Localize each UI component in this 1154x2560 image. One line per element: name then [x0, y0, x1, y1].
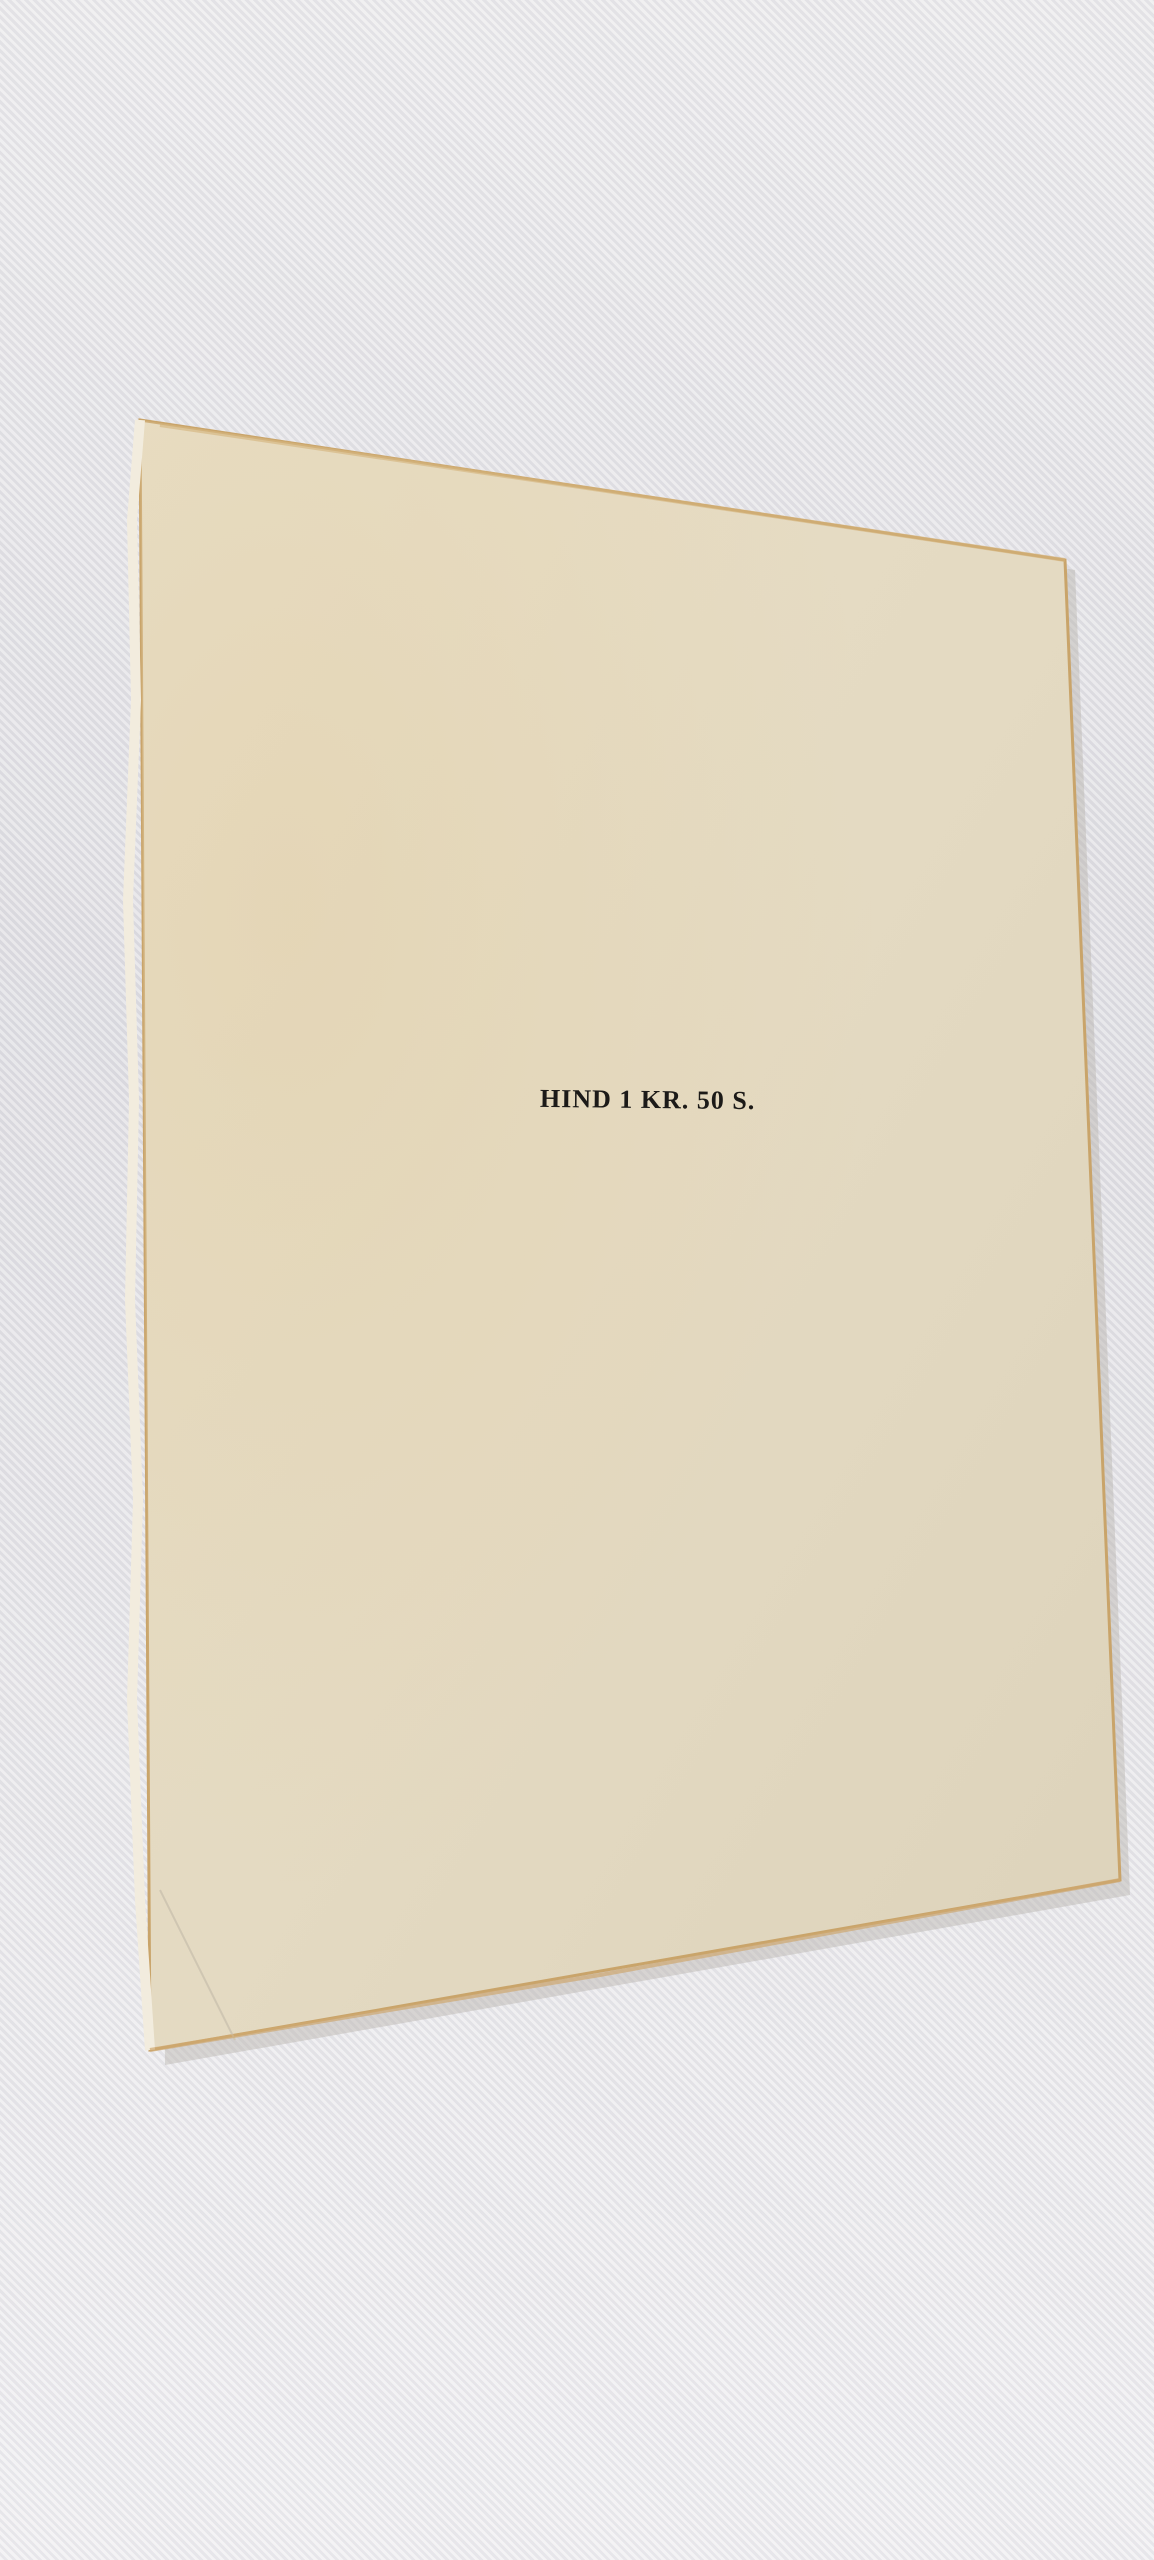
- booklet-cover: [0, 0, 1154, 2560]
- price-label: HIND 1 KR. 50 S.: [540, 1084, 756, 1116]
